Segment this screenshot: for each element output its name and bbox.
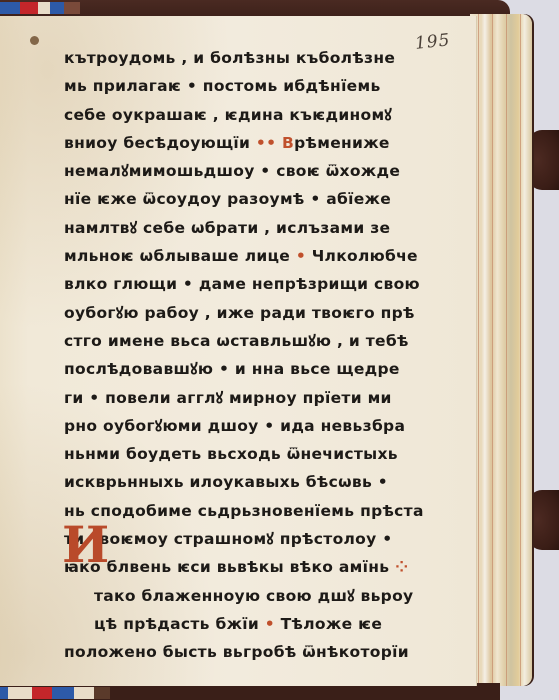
text-segment: ти твоѥмоу страшномꙋ прѣстолоу •: [64, 530, 392, 548]
text-segment: себе оукрашаѥ , ѥдина къѥдиномꙋ: [64, 106, 392, 124]
rubric-segment: •• В: [256, 134, 294, 152]
text-segment: мльноѥ ѡблываше лице: [64, 247, 296, 265]
text-line: влко глющи • даме непрѣзрищи свою: [64, 270, 436, 298]
text-segment: немалꙋмимошьдшоу • своѥ ѿхожде: [64, 162, 400, 180]
text-line: вниоу бесѣдоующїи •• Врѣмениже: [64, 129, 436, 157]
text-segment: рѣмениже: [294, 134, 390, 152]
text-line: нїе ѥже ѿсоудоу разоумѣ • абїеже: [64, 185, 436, 213]
text-segment: положено бысть вьгробѣ ѿнѣкоторїи: [64, 643, 409, 661]
text-segment: кътроудомь , и болѣзны къболѣзне: [64, 49, 395, 67]
text-segment: искврьнныхь илоукавыхь бѣсѡвь •: [64, 473, 388, 491]
text-segment: ги • повели агглꙋ мирноу прїети ми: [64, 389, 392, 407]
page-text: кътроудомь , и болѣзны къболѣзнемь прила…: [64, 44, 436, 667]
text-line: цѣ прѣдасть бжїи • Тѣложе ѥе: [64, 610, 436, 638]
text-line: ньнми боудеть вьсходь ѿнечистыхь: [64, 440, 436, 468]
text-line: ги • повели агглꙋ мирноу прїети ми: [64, 384, 436, 412]
text-segment: мь прилагаѥ • постомь ибдѣнїемь: [64, 77, 381, 95]
text-line: тако блаженноую свою дшꙋ вьроу: [64, 582, 436, 610]
text-line: рно оубогꙋюми дшоу • ида невьзбра: [64, 412, 436, 440]
text-segment: ꙗко блвень ѥси вьвѣкы вѣко амїнь: [64, 558, 395, 576]
text-line: положено бысть вьгробѣ ѿнѣкоторїи: [64, 638, 436, 666]
text-segment: Тѣложе ѥе: [275, 615, 382, 633]
text-segment: намлтвꙋ себе ѡбрати , ислъзами зе: [64, 219, 390, 237]
text-segment: нїе ѥже ѿсоудоу разоумѣ • абїеже: [64, 190, 391, 208]
text-line: послѣдовавшꙋю • и нна вьсе щедре: [64, 355, 436, 383]
text-segment: цѣ прѣдасть бжїи: [94, 615, 265, 633]
text-line: мь прилагаѥ • постомь ибдѣнїемь: [64, 72, 436, 100]
text-line: себе оукрашаѥ , ѥдина къѥдиномꙋ: [64, 101, 436, 129]
text-segment: Члколюбче: [306, 247, 418, 265]
text-segment: ньнми боудеть вьсходь ѿнечистыхь: [64, 445, 398, 463]
rubric-segment: •: [296, 247, 306, 265]
text-line: искврьнныхь илоукавыхь бѣсѡвь •: [64, 468, 436, 496]
text-line: нь сподобиме сьдрьзновенїемь прѣста: [64, 497, 436, 525]
text-line: ꙗко блвень ѥси вьвѣкы вѣко амїнь ⁘: [64, 553, 436, 581]
text-segment: рно оубогꙋюми дшоу • ида невьзбра: [64, 417, 405, 435]
text-segment: оубогꙋю рабоу , иже ради твоѥго прѣ: [64, 304, 415, 322]
clasp-lower: [528, 490, 559, 550]
text-line: стго имене вьса ѡставльшꙋю , и тебѣ: [64, 327, 436, 355]
text-line: немалꙋмимошьдшоу • своѥ ѿхожде: [64, 157, 436, 185]
text-segment: влко глющи • даме непрѣзрищи свою: [64, 275, 420, 293]
text-segment: стго имене вьса ѡставльшꙋю , и тебѣ: [64, 332, 409, 350]
drop-initial: И: [62, 520, 109, 570]
rubric-segment: ⁘: [395, 558, 408, 576]
text-line: кътроудомь , и болѣзны къболѣзне: [64, 44, 436, 72]
text-segment: послѣдовавшꙋю • и нна вьсе щедре: [64, 360, 400, 378]
headband-bottom: [0, 687, 110, 699]
text-segment: вниоу бесѣдоующїи: [64, 134, 256, 152]
rubric-segment: •: [265, 615, 275, 633]
page-stack-edge: [470, 14, 532, 686]
text-segment: тако блаженноую свою дшꙋ вьроу: [94, 587, 413, 605]
text-line: оубогꙋю рабоу , иже ради твоѥго прѣ: [64, 299, 436, 327]
text-line: ти твоѥмоу страшномꙋ прѣстолоу •: [64, 525, 436, 553]
text-line: намлтвꙋ себе ѡбрати , ислъзами зе: [64, 214, 436, 242]
foxing-spot: [30, 36, 39, 45]
headband-top: [0, 2, 80, 14]
text-line: мльноѥ ѡблываше лице • Члколюбче: [64, 242, 436, 270]
clasp-upper: [528, 130, 559, 190]
text-segment: нь сподобиме сьдрьзновенїемь прѣста: [64, 502, 424, 520]
